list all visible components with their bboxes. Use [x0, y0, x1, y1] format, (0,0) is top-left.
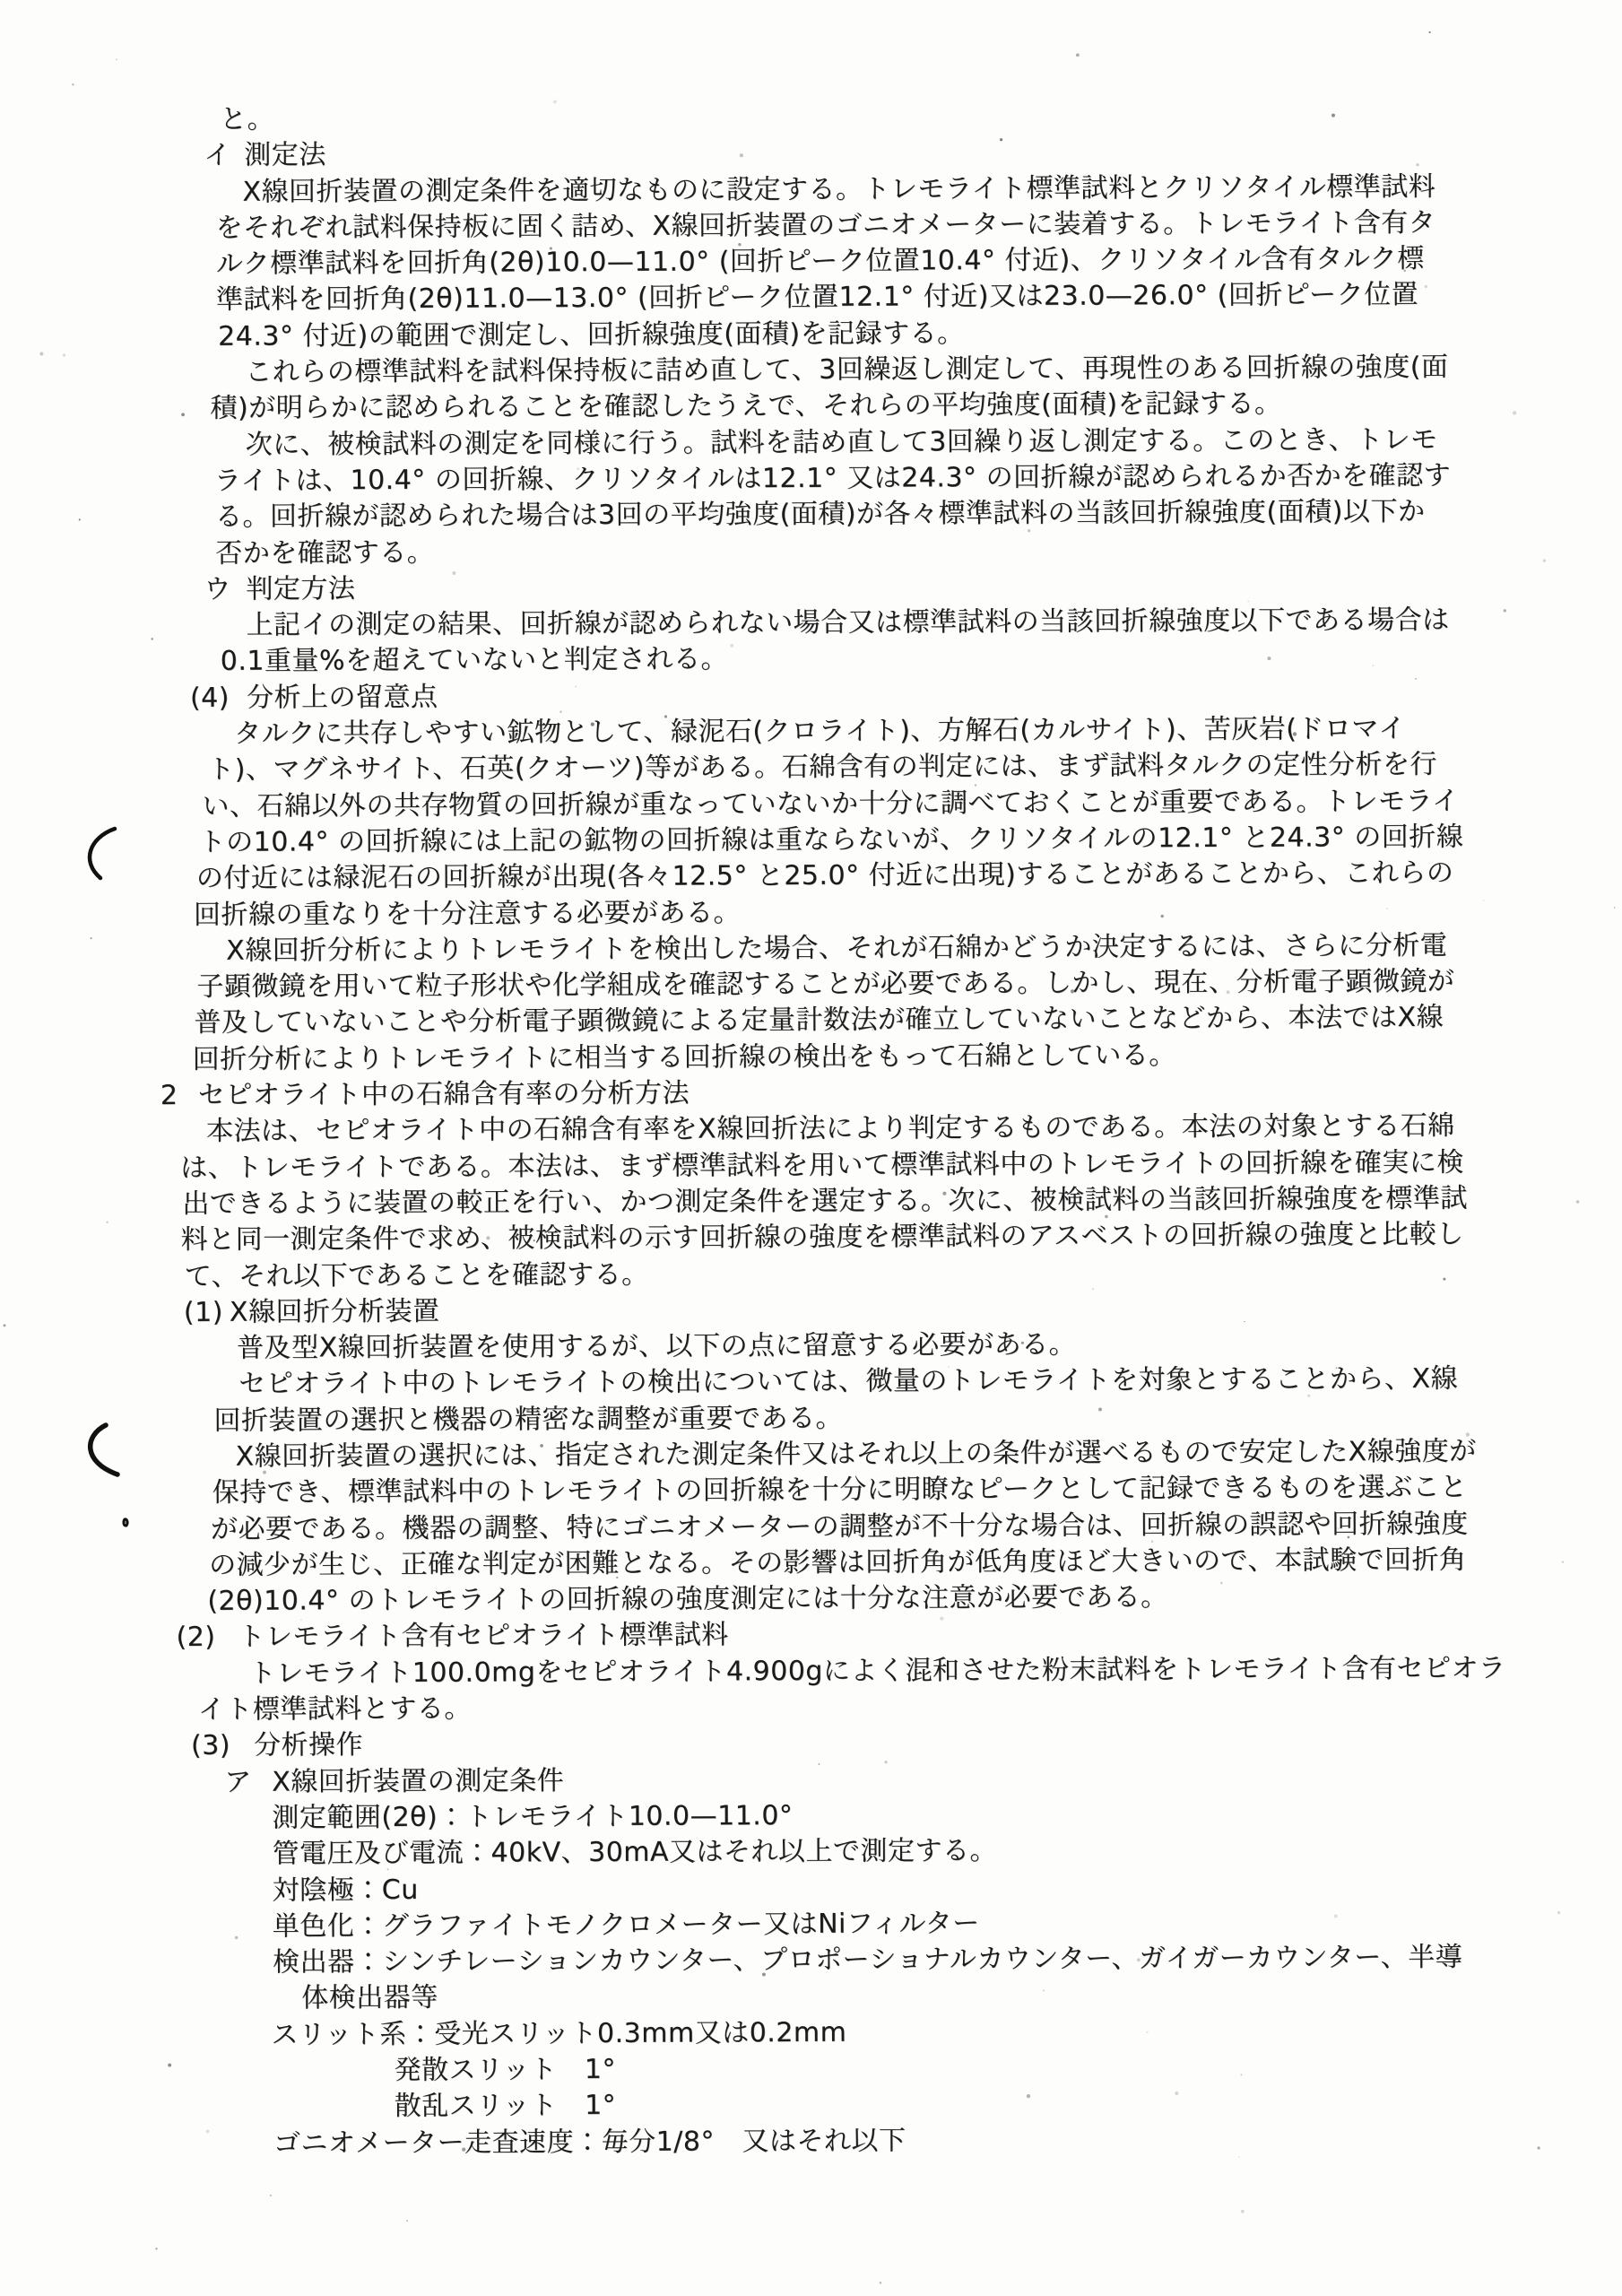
line-text: が必要である。機器の調整、特にゴニオメーターの調整が不十分な場合は、回折線の誤認… [211, 1508, 1469, 1544]
list-marker: (3) [191, 1728, 254, 1765]
line-text: ルク標準試料を回折角(2θ)10.0—11.0° (回折ピーク位置10.4° 付… [216, 243, 1425, 280]
document-text: と。イ測定法X線回折装置の測定条件を適切なものに設定する。トレモライト標準試料と… [0, 96, 1622, 2163]
line-text: 単色化：グラファイトモノクロメーター又はNiフィルター [273, 1908, 980, 1942]
document-page: と。イ測定法X線回折装置の測定条件を適切なものに設定する。トレモライト標準試料と… [0, 0, 1622, 2296]
line-text: セピオライト中の石綿含有率の分析方法 [198, 1078, 690, 1111]
line-text: 積)が明らかに認められることを確認したうえで、それらの平均強度(面積)を記録する… [210, 388, 1281, 424]
line-text: 発散スリット 1° [395, 2054, 617, 2086]
line-text: 普及していないことや分析電子顕微鏡による定量計数法が確立していないことなどから、… [194, 1002, 1444, 1039]
list-marker: イ [204, 138, 244, 174]
scan-speckle [270, 2195, 272, 2196]
line-text: X線回折装置の測定条件 [272, 1765, 564, 1797]
line-text: 出できるように装置の較正を行い、かつ測定条件を選定する。次に、被検試料の当該回折… [182, 1183, 1468, 1220]
line-text: 上記イの測定の結果、回折線が認められない場合又は標準試料の当該回折線強度以下であ… [246, 604, 1449, 641]
line-text: 普及型X線回折装置を使用するが、以下の点に留意する必要がある。 [237, 1329, 1076, 1364]
line-text: ライトは、10.4° の回折線、クリソタイルは12.1° 又は24.3° の回折… [214, 460, 1451, 497]
scan-speckle [116, 59, 117, 61]
line-text: と。 [220, 104, 274, 135]
line-text: X線回折装置の選択には、指定された測定条件又はそれ以上の条件が選べるもので安定し… [236, 1436, 1477, 1473]
line-text: 回折線の重なりを十分注意する必要がある。 [194, 897, 741, 931]
line-text: タルクに共存しやすい鉱物として、緑泥石(クロライト)、方解石(カルサイト)、苦灰… [234, 713, 1406, 750]
line-text: ト)、マグネサイト、石英(クオーツ)等がある。石綿含有の判定には、まず試料タルク… [207, 749, 1437, 786]
scan-speckle [406, 2220, 408, 2222]
line-text: い、石綿以外の共存物質の回折線が重なっていないか十分に調べておくことが重要である… [202, 785, 1459, 822]
line-text: これらの標準試料を試料保持板に詰め直して、3回繰返し測定して、再現性のある回折線… [245, 352, 1448, 388]
line-text: をそれぞれ試料保持板に固く詰め、X線回折装置のゴニオメーターに装着する。トレモラ… [216, 207, 1436, 244]
line-text: 子顕微鏡を用いて粒子形状や化学組成を確認することが必要である。しかし、現在、分析… [196, 966, 1454, 1003]
line-text: 回折分析によりトレモライトに相当する回折線の検出をもって石綿としている。 [193, 1039, 1176, 1075]
line-text: 測定法 [244, 140, 326, 171]
line-text: X線回折分析装置 [230, 1296, 440, 1328]
line-text: ゴニオメーター走査速度：毎分1/8° 又はそれ以下 [273, 2125, 906, 2159]
line-text: の付近には緑泥石の回折線が出現(各々12.5° と25.0° 付近に出現)するこ… [196, 857, 1454, 894]
line-text: X線回折装置の測定条件を適切なものに設定する。トレモライト標準試料とクリソタイル… [242, 170, 1436, 207]
list-marker: (4) [190, 680, 247, 717]
scan-speckle [1241, 2210, 1245, 2213]
line-text: 回折装置の選択と機器の精密な調整が重要である。 [213, 1402, 843, 1436]
line-text: 散乱スリット 1° [395, 2090, 617, 2122]
text-line: ゴニオメーター走査速度：毎分1/8° 又はそれ以下 [9, 2120, 1622, 2163]
line-text: 24.3° 付近)の範囲で測定し、回折線強度(面積)を記録する。 [218, 317, 965, 352]
line-text: の減少が生じ、正確な判定が困難となる。その影響は回折角が低角度ほど大きいので、本… [209, 1544, 1467, 1581]
line-text: 分析上の留意点 [247, 681, 438, 713]
line-text: 体検出器等 [301, 1982, 438, 2014]
line-text: 検出器：シンチレーションカウンター、プロポーショナルカウンター、ガイガーカウンタ… [273, 1942, 1462, 1979]
line-text: 否かを確認する。 [215, 536, 434, 569]
line-text: 測定範囲(2θ)：トレモライト10.0—11.0° [272, 1800, 793, 1834]
line-text: トレモライト含有セピオライト標準試料 [238, 1620, 728, 1653]
list-marker: 2 [160, 1078, 198, 1114]
list-marker: ウ [204, 572, 246, 609]
scan-speckle [72, 83, 74, 85]
line-text: て、それ以下であることを確認する。 [185, 1258, 649, 1291]
line-text: は、トレモライトである。本法は、まず標準試料を用いて標準試料中のトレモライトの回… [180, 1146, 1464, 1183]
scan-speckle [155, 2248, 157, 2249]
line-text: スリット系：受光スリット0.3mm又は0.2mm [271, 2017, 846, 2051]
line-text: 対陰極：Cu [273, 1874, 419, 1906]
line-text: 準試料を回折角(2θ)11.0—13.0° (回折ピーク位置12.1° 付近)又… [216, 279, 1418, 316]
list-marker: (1) [184, 1295, 230, 1332]
line-text: 料と同一測定条件で求め、被検試料の示す回折線の強度を標準試料のアスベストの回折線… [180, 1219, 1463, 1256]
line-text: トレモライト100.0mgをセピオライト4.900gによく混和させた粉末試料をト… [249, 1652, 1506, 1689]
scan-speckle [880, 2282, 882, 2284]
line-text: る。回折線が認められた場合は3回の平均強度(面積)が各々標準試料の当該回折線強度… [215, 496, 1426, 533]
line-text: 0.1重量%を超えていないと判定される。 [221, 644, 728, 677]
line-text: 管電圧及び電流：40kV、30mA又はそれ以上で測定する。 [272, 1835, 997, 1870]
line-text: 分析操作 [254, 1729, 363, 1761]
scan-speckle [1428, 31, 1430, 33]
line-text: (2θ)10.4° のトレモライトの回折線の強度測定には十分な注意が必要である。 [207, 1581, 1167, 1617]
line-text: 本法は、セピオライト中の石綿含有率をX線回折法により判定するものである。本法の対… [206, 1110, 1455, 1147]
line-text: 次に、被検試料の測定を同様に行う。試料を詰め直して3回繰り返し測定する。このとき… [246, 424, 1438, 461]
line-text: セピオライト中のトレモライトの検出については、微量のトレモライトを対象とすること… [239, 1363, 1458, 1400]
list-marker: ア [224, 1764, 272, 1801]
line-text: 判定方法 [246, 573, 355, 605]
line-text: トの10.4° の回折線には上記の鉱物の回折線は重ならないが、クリソタイルの12… [199, 822, 1464, 858]
line-text: X線回折分析によりトレモライトを検出した場合、それが石綿かどうか決定するには、さ… [226, 930, 1447, 967]
list-marker: (2) [176, 1620, 238, 1657]
line-text: 保持でき、標準試料中のトレモライトの回折線を十分に明瞭なピークとして記録できるも… [213, 1472, 1468, 1509]
scan-speckle [1076, 53, 1080, 57]
line-text: イト標準試料とする。 [198, 1693, 472, 1726]
